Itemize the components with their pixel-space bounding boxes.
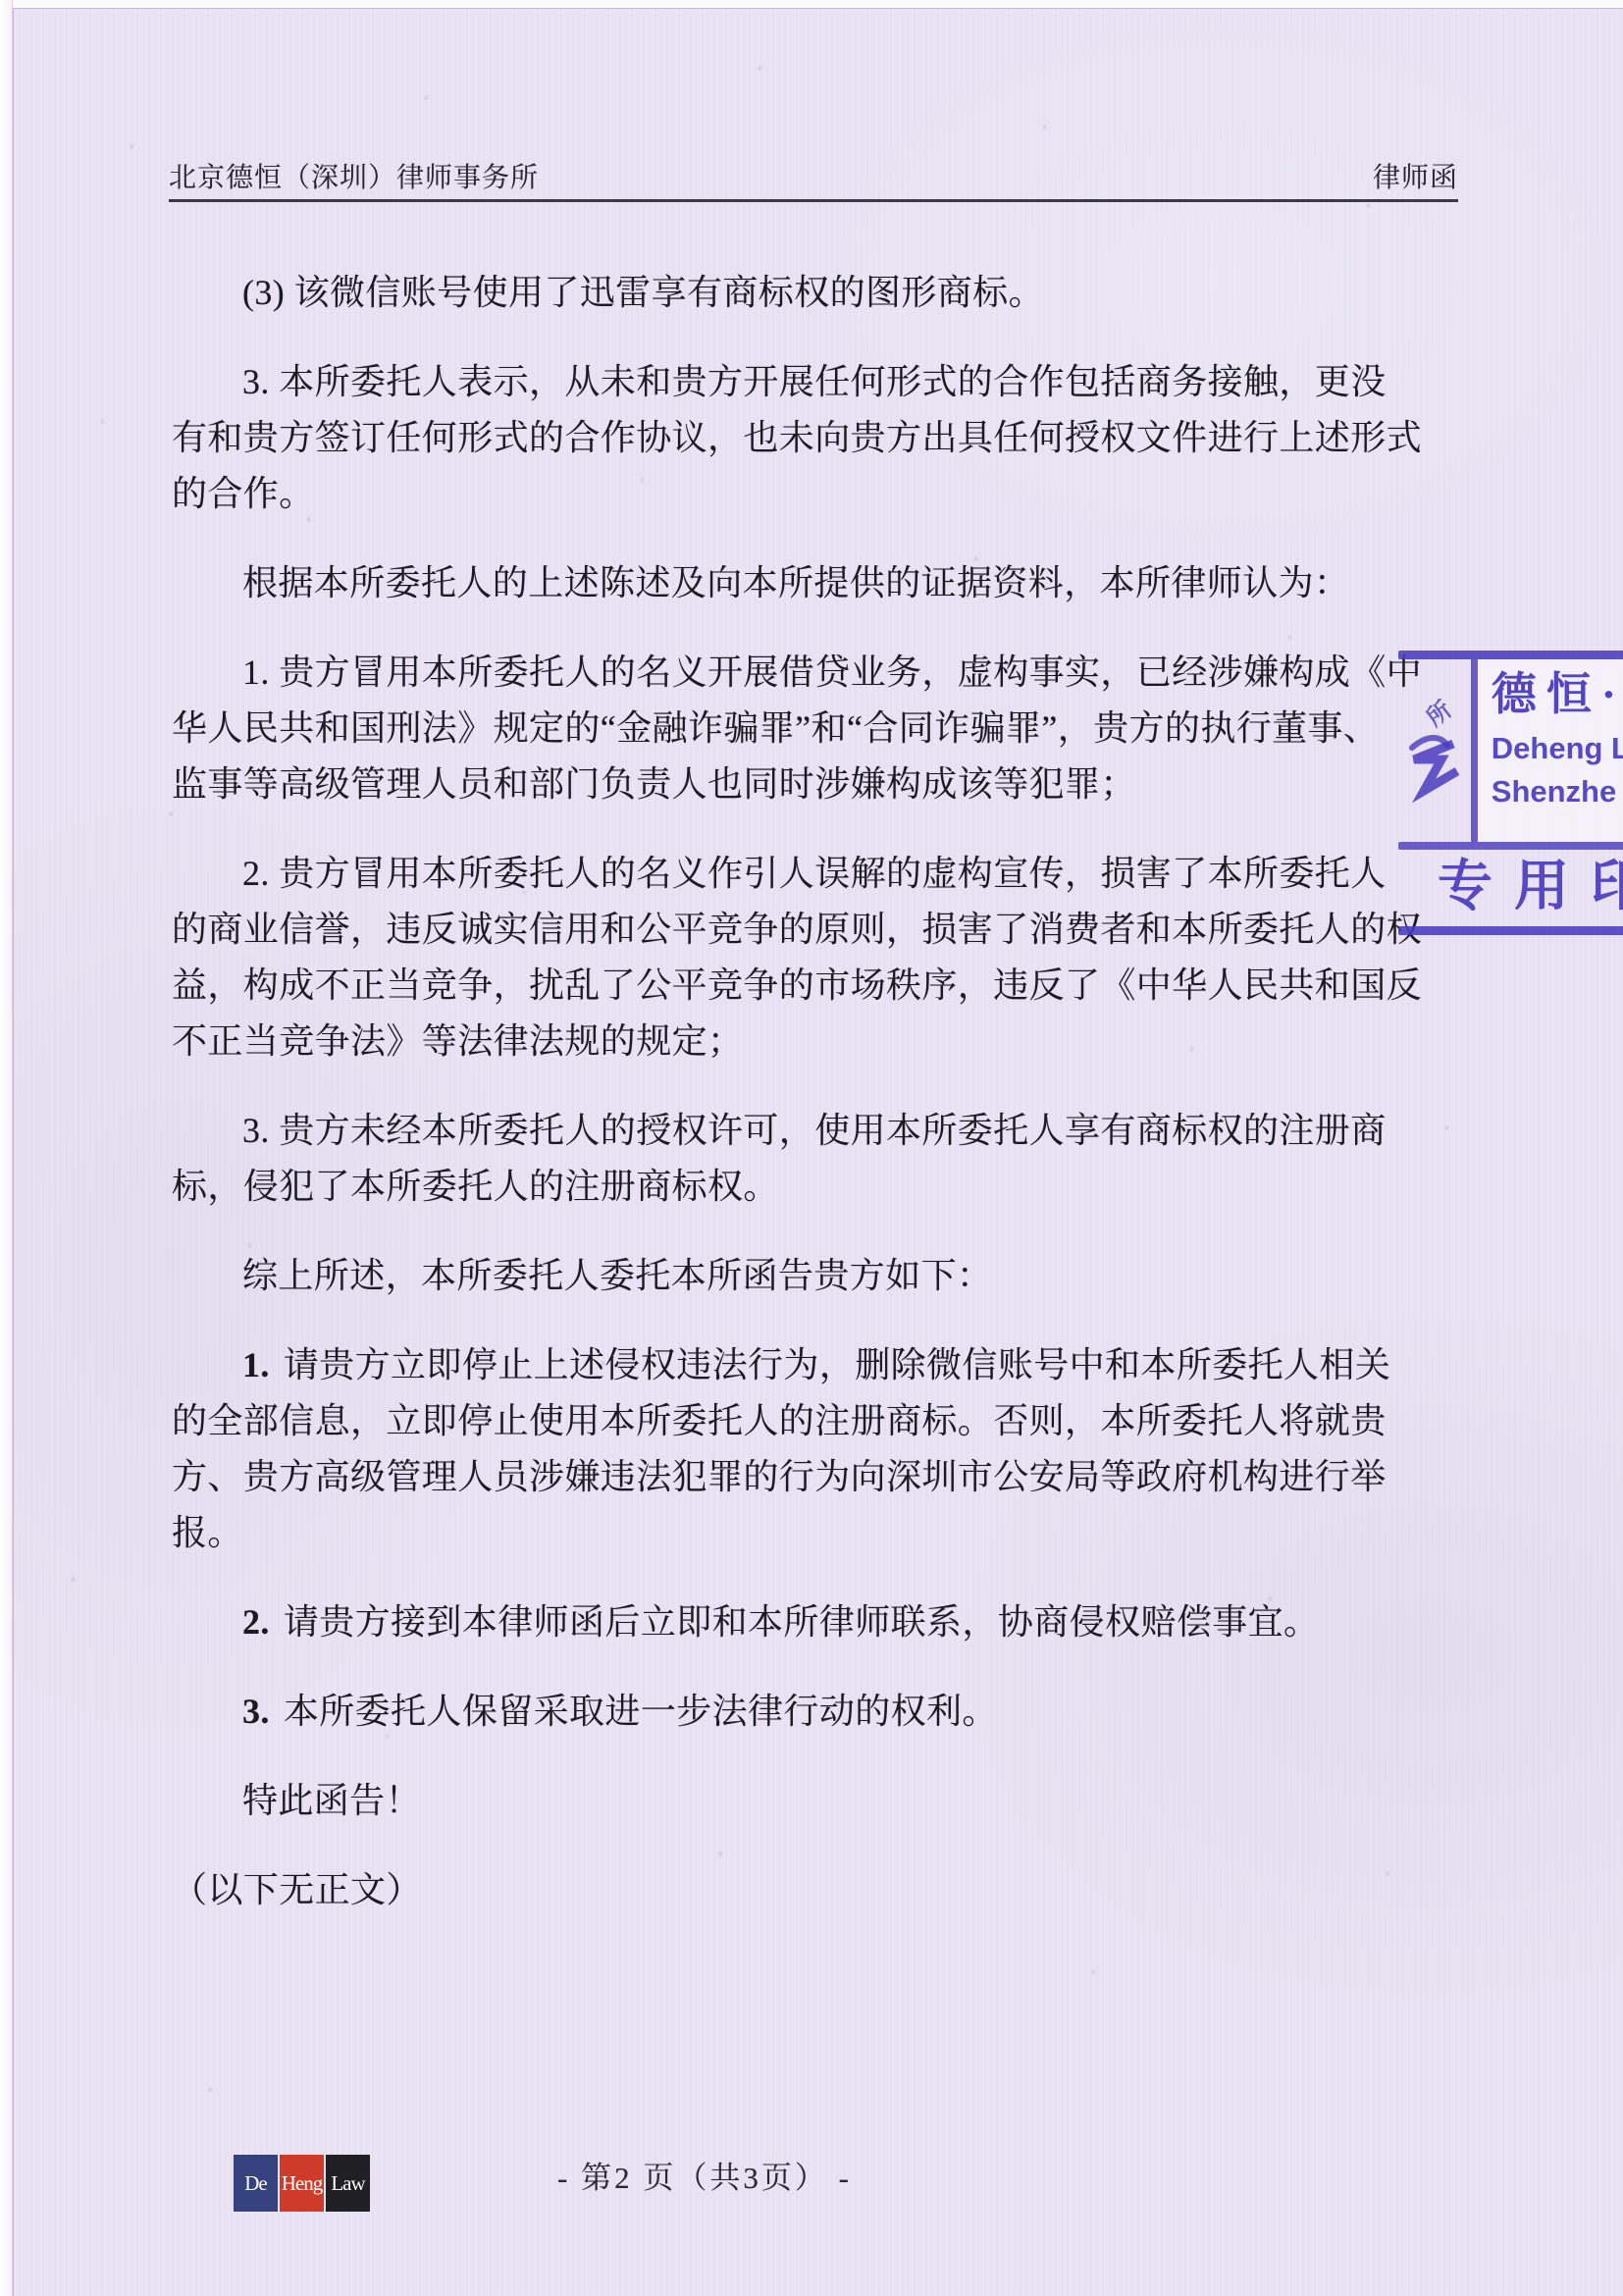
- body-line: 的全部信息，立即停止使用本所委托人的注册商标。否则，本所委托人将就贵: [172, 1393, 1461, 1449]
- paragraph: 综上所述，本所委托人委托本所函告贵方如下：: [172, 1248, 1461, 1304]
- stamp-top-border: [1398, 651, 1623, 659]
- law-firm-stamp: 所 德恒· Deheng L Shenzhe 专用印: [1398, 651, 1623, 935]
- logo-text-law: Law: [331, 2171, 364, 2196]
- body-line: 报。: [172, 1505, 1461, 1561]
- letter-body: (3) 该微信账号使用了迅雷享有商标权的图形商标。 3. 本所委托人表示，从未和…: [172, 265, 1461, 1918]
- paragraph-demand-2: 2.请贵方接到本律师函后立即和本所律师联系，协商侵权赔偿事宜。: [172, 1594, 1461, 1650]
- list-number: 3.: [242, 1692, 270, 1731]
- body-line: 3. 本所委托人表示，从未和贵方开展任何形式的合作包括商务接触，更没: [172, 354, 1461, 410]
- paragraph: 根据本所委托人的上述陈述及向本所提供的证据资料，本所律师认为：: [172, 555, 1461, 611]
- body-line: 有和贵方签订任何形式的合作协议，也未向贵方出具任何授权文件进行上述形式: [172, 410, 1461, 466]
- stamp-en-name-line2: Shenzhe: [1492, 773, 1623, 810]
- scan-top-edge: [0, 0, 1623, 8]
- body-line: 3. 贵方未经本所委托人的授权许可，使用本所委托人享有商标权的注册商: [172, 1103, 1461, 1159]
- stamp-cn-name: 德恒·: [1492, 667, 1623, 722]
- stamp-upper-section: 所 德恒· Deheng L Shenzhe: [1398, 659, 1623, 842]
- firm-name: 北京德恒（深圳）律师事务所: [169, 156, 539, 195]
- body-line: 监事等高级管理人员和部门负责人也同时涉嫌构成该等犯罪；: [172, 757, 1461, 812]
- body-line: 1. 贵方冒用本所委托人的名义开展借贷业务，虚构事实，已经涉嫌构成《中: [172, 645, 1461, 701]
- body-line: 综上所述，本所委托人委托本所函告贵方如下：: [172, 1248, 1461, 1304]
- logo-text-de: De: [244, 2171, 267, 2196]
- paragraph-demand-3: 3.本所委托人保留采取进一步法律行动的权利。: [172, 1684, 1461, 1740]
- body-line: 2. 贵方冒用本所委托人的名义作引人误解的虚构宣传，损害了本所委托人: [172, 846, 1461, 902]
- body-line-text: 请贵方立即停止上述侵权违法行为，删除微信账号中和本所委托人相关: [284, 1345, 1390, 1384]
- body-line: 根据本所委托人的上述陈述及向本所提供的证据资料，本所律师认为：: [172, 555, 1461, 611]
- paragraph: 2. 贵方冒用本所委托人的名义作引人误解的虚构宣传，损害了本所委托人 的商业信誉…: [172, 846, 1461, 1070]
- stamp-logo-mark: 所: [1398, 659, 1471, 842]
- body-line: 标，侵犯了本所委托人的注册商标权。: [172, 1159, 1461, 1215]
- logo-box-de: De: [234, 2155, 278, 2212]
- doc-title: 律师函: [1373, 156, 1458, 195]
- stamp-swoosh-icon: [1402, 714, 1473, 822]
- body-line: 不正当竞争法》等法律法规的规定；: [172, 1014, 1461, 1070]
- body-line: 益，构成不正当竞争，扰乱了公平竞争的市场秩序，违反了《中华人民共和国反: [172, 958, 1461, 1014]
- body-line: (3) 该微信账号使用了迅雷享有商标权的图形商标。: [172, 265, 1461, 321]
- stamp-bottom-border: [1398, 926, 1623, 935]
- page-number: - 第2 页（共3页） -: [548, 2153, 862, 2197]
- body-line: （以下无正文）: [172, 1862, 1461, 1918]
- body-line-text: 本所委托人保留采取进一步法律行动的权利。: [284, 1692, 998, 1731]
- scanned-letter-page: 北京德恒（深圳）律师事务所 律师函 (3) 该微信账号使用了迅雷享有商标权的图形…: [0, 0, 1623, 2296]
- deheng-logo: De Heng Law: [234, 2155, 370, 2212]
- body-line: 方、贵方高级管理人员涉嫌违法犯罪的行为向深圳市公安局等政府机构进行举: [172, 1449, 1461, 1505]
- body-line: 华人民共和国刑法》规定的“金融诈骗罪”和“合同诈骗罪”，贵方的执行董事、: [172, 701, 1461, 757]
- paragraph: 3. 本所委托人表示，从未和贵方开展任何形式的合作包括商务接触，更没 有和贵方签…: [172, 354, 1461, 522]
- body-line: 的合作。: [172, 466, 1461, 522]
- logo-box-law: Law: [326, 2155, 370, 2212]
- paragraph-closing: 特此函告！: [172, 1773, 1461, 1829]
- body-line: 1.请贵方立即停止上述侵权违法行为，删除微信账号中和本所委托人相关: [172, 1337, 1461, 1393]
- logo-text-heng: Heng: [282, 2171, 323, 2196]
- paragraph: 1. 贵方冒用本所委托人的名义开展借贷业务，虚构事实，已经涉嫌构成《中 华人民共…: [172, 645, 1461, 812]
- page-header: 北京德恒（深圳）律师事务所 律师函: [169, 161, 1458, 202]
- stamp-en-name-line1: Deheng L: [1492, 730, 1623, 767]
- stamp-bottom-text: 专用印: [1398, 850, 1623, 926]
- paragraph-demand-1: 1.请贵方立即停止上述侵权违法行为，删除微信账号中和本所委托人相关 的全部信息，…: [172, 1337, 1461, 1561]
- stamp-name-cell: 德恒· Deheng L Shenzhe: [1478, 659, 1623, 842]
- scan-left-edge: [0, 0, 13, 2296]
- body-line: 2.请贵方接到本律师函后立即和本所律师联系，协商侵权赔偿事宜。: [172, 1594, 1461, 1650]
- list-number: 2.: [242, 1602, 270, 1642]
- stamp-middle-border: [1398, 842, 1623, 850]
- logo-box-heng: Heng: [280, 2155, 324, 2212]
- paragraph-no-more-text: （以下无正文）: [172, 1862, 1461, 1918]
- body-line-text: 请贵方接到本律师函后立即和本所律师联系，协商侵权赔偿事宜。: [284, 1602, 1320, 1642]
- body-line: 3.本所委托人保留采取进一步法律行动的权利。: [172, 1684, 1461, 1740]
- paragraph: 3. 贵方未经本所委托人的授权许可，使用本所委托人享有商标权的注册商 标，侵犯了…: [172, 1103, 1461, 1215]
- list-number: 1.: [242, 1345, 270, 1384]
- body-line: 的商业信誉，违反诚实信用和公平竞争的原则，损害了消费者和本所委托人的权: [172, 902, 1461, 958]
- paragraph: (3) 该微信账号使用了迅雷享有商标权的图形商标。: [172, 265, 1461, 321]
- body-line: 特此函告！: [172, 1773, 1461, 1829]
